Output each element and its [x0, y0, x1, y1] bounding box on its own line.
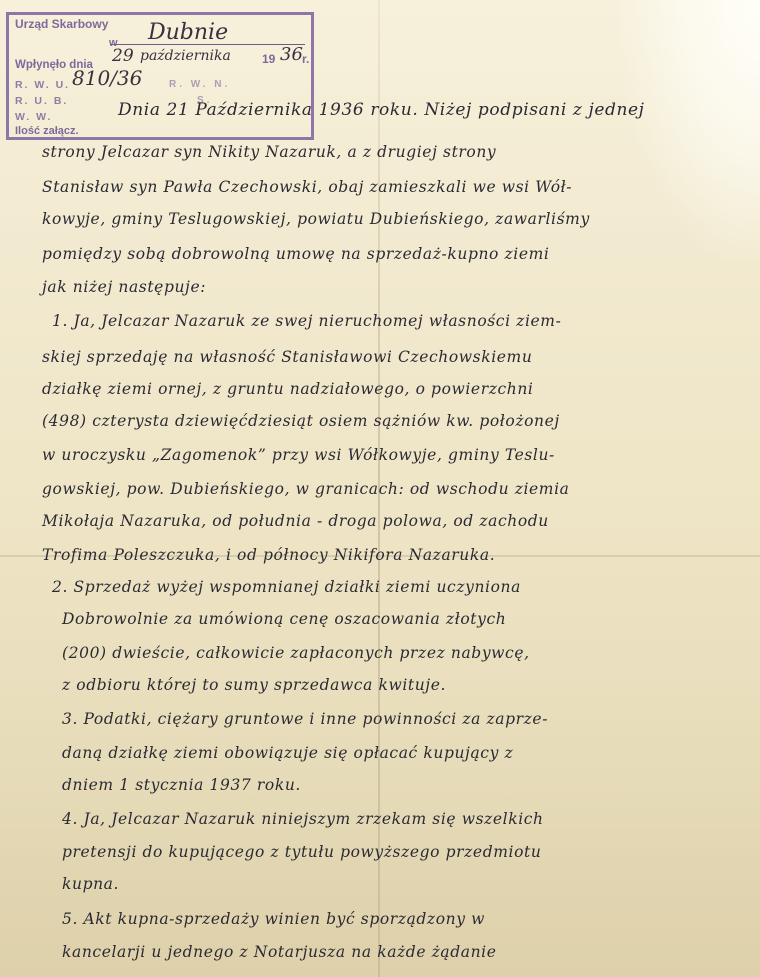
stamp-city-handwritten: Dubnie: [148, 20, 228, 45]
stamp-year-r: r.: [302, 52, 309, 66]
document-line: strony Jelcazar syn Nikity Nazaruk, a z …: [42, 143, 496, 161]
document-line: daną działkę ziemi obowiązuje się opłaca…: [62, 744, 513, 762]
document-line: gowskiej, pow. Dubieńskiego, w granicach…: [42, 480, 570, 498]
document-line: skiej sprzedaję na własność Stanisławowi…: [42, 348, 532, 366]
document-line: Dobrowolnie za umówioną cenę oszacowania…: [62, 610, 506, 628]
stamp-office-name: Urząd Skarbowy: [15, 17, 108, 31]
stamp-attachments-label: Ilość załącz.: [15, 125, 79, 137]
document-line: dniem 1 stycznia 1937 roku.: [62, 776, 301, 794]
stamp-received-day: 29: [112, 46, 134, 66]
document-line: 1. Ja, Jelcazar Nazaruk ze swej nierucho…: [52, 312, 561, 330]
stamp-ww-label: W. W.: [15, 111, 52, 123]
document-line: działkę ziemi ornej, z gruntu nadziałowe…: [42, 380, 533, 398]
stamp-year-suffix: 36: [280, 44, 303, 65]
stamp-rub-label: R. U. B.: [15, 95, 68, 107]
document-line: kupna.: [62, 875, 119, 893]
document-line: Stanisław syn Pawła Czechowski, obaj zam…: [42, 178, 572, 196]
document-line: kancelarji u jednego z Notarjusza na każ…: [62, 943, 497, 961]
document-line: Dnia 21 Października 1936 roku. Niżej po…: [118, 100, 645, 120]
document-line: (498) czterysta dziewięćdziesiąt osiem s…: [42, 412, 560, 430]
document-line: pomiędzy sobą dobrowolną umowę na sprzed…: [42, 245, 549, 263]
document-line: (200) dwieście, całkowicie zapłaconych p…: [62, 644, 530, 662]
document-line: 5. Akt kupna-sprzedaży winien być sporzą…: [62, 910, 485, 928]
document-line: Trofima Poleszczuka, i od północy Nikifo…: [42, 546, 495, 564]
document-line: kowyje, gminy Teslugowskiej, powiatu Dub…: [42, 210, 590, 228]
stamp-rwu-label: R. W. U.: [15, 79, 70, 91]
stamp-year-prefix: 19: [262, 52, 275, 66]
document-line: 2. Sprzedaż wyżej wspomnianej działki zi…: [52, 578, 521, 596]
document-line: pretensji do kupującego z tytułu powyższ…: [62, 843, 541, 861]
paper-highlight: [620, 0, 760, 260]
document-line: 3. Podatki, ciężary gruntowe i inne powi…: [62, 710, 548, 728]
document-line: Mikołaja Nazaruka, od południa - droga p…: [42, 512, 549, 530]
stamp-rwn-label: R. W. N.: [169, 79, 230, 90]
document-line: jak niżej następuje:: [42, 278, 206, 296]
stamp-received-month: października: [140, 48, 231, 64]
document-line: 4. Ja, Jelcazar Nazaruk niniejszym zrzek…: [62, 810, 544, 828]
stamp-rwu-value: 810/36: [72, 66, 142, 90]
document-line: z odbioru której to sumy sprzedawca kwit…: [62, 676, 446, 694]
document-line: w uroczysku „Zagomenok” przy wsi Wółkowy…: [42, 446, 555, 464]
